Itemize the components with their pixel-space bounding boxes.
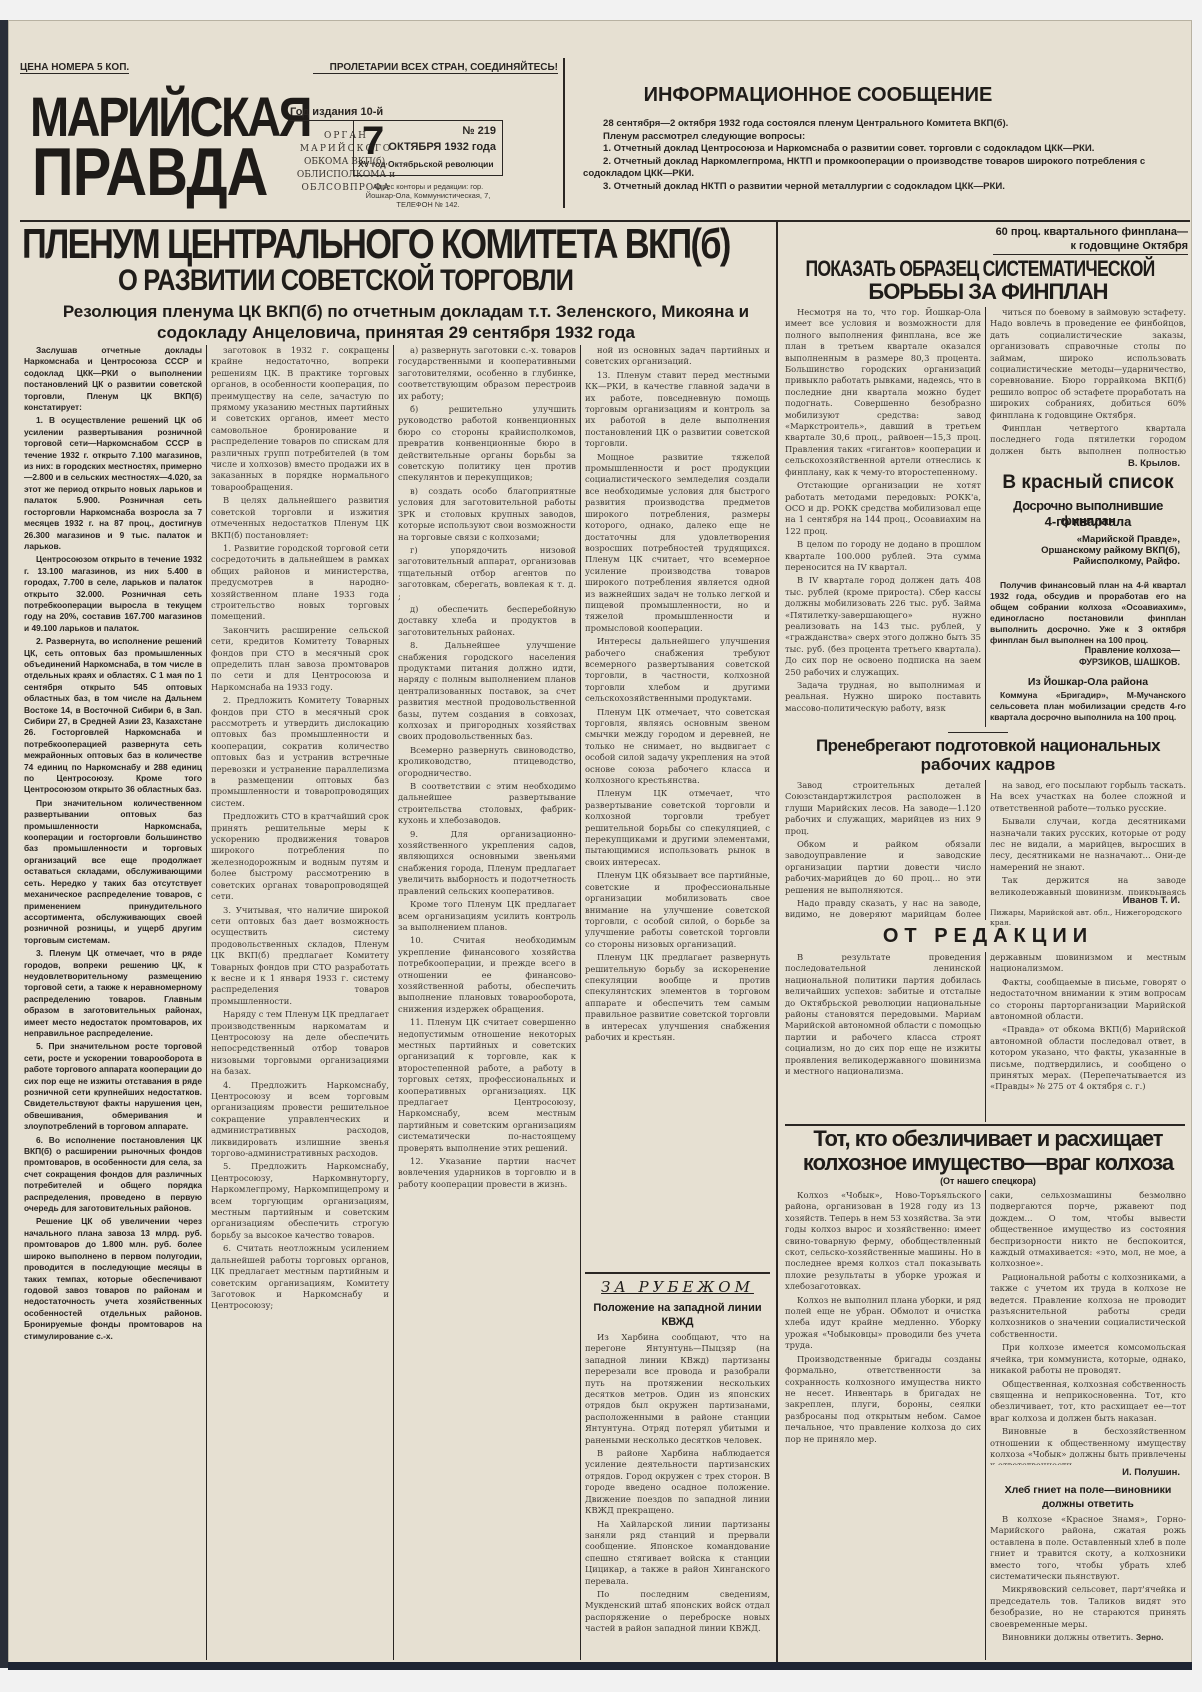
paragraph: 2. Развернута, во исполнение решений ЦК,… <box>24 636 202 796</box>
paragraph: д) обеспечить бесперебойную доставку хле… <box>398 604 576 638</box>
paragraph: Заслушав отчетные доклады Наркомснаба и … <box>24 345 202 413</box>
paragraph: Колхоз «Чобык», Ново-Торъяльского района… <box>785 1190 981 1293</box>
info-message-body: 28 сентября—2 октября 1932 года состоялс… <box>583 118 1163 193</box>
short-rule <box>948 732 1008 733</box>
column-divider <box>985 307 986 727</box>
paragraph: 13. Пленум ставит перед местными КК—РКИ,… <box>585 370 770 450</box>
paragraph: 6. Во исполнение постановления ЦК ВКП(б)… <box>24 1135 202 1215</box>
kolkhoz-signature: И. Полушин. <box>990 1467 1180 1478</box>
kolkhoz-column-1: Колхоз «Чобык», Ново-Торъяльского района… <box>785 1190 981 1660</box>
editorial-column-1: В результате проведения последовательной… <box>785 952 981 1122</box>
column-divider <box>580 345 581 1660</box>
price-label: ЦЕНА НОМЕРА 5 КОП. <box>20 62 129 74</box>
paragraph: Надо правду сказать, у нас на заводе, ви… <box>785 898 981 920</box>
paragraph: Закончить расширение сельской сети, кред… <box>211 625 389 693</box>
paragraph: Интересы дальнейшего улучшения рабочего … <box>585 636 770 704</box>
main-article-column-3: а) развернуть заготовки с.-х. товаров го… <box>398 345 576 1660</box>
paragraph: Факты, сообщаемые в письме, говорят о не… <box>990 977 1186 1023</box>
paragraph: «Правда» от обкома ВКП(б) Марийской авто… <box>990 1024 1186 1092</box>
finplan-kicker-line1: 60 проц. квартального финплана— <box>808 226 1188 238</box>
paragraph: 3. Пленум ЦК отмечает, что в ряде городо… <box>24 948 202 1039</box>
red-list-addressees: «Марийской Правде», Оршанскому райкому В… <box>1020 534 1180 567</box>
paragraph: 4. Предложить Наркомснабу, Центросоюзу и… <box>211 1080 389 1160</box>
scan-edge-bottom <box>8 1662 1192 1670</box>
finplan-headline-line2: БОРЬБЫ ЗА ФИНПЛАН <box>788 279 1188 305</box>
main-article-column-1: Заслушав отчетные доклады Наркомснаба и … <box>24 345 202 1660</box>
paragraph: Предложить СТО в кратчайший срок принять… <box>211 811 389 902</box>
main-deck-line2: содокладу Анцеловича, принятая 29 сентяб… <box>26 323 766 343</box>
info-item: 1. Отчетный доклад Центросоюза и Наркомс… <box>583 143 1163 156</box>
paragraph: б) решительно улучшить руководство работ… <box>398 404 576 484</box>
paragraph: По последним сведениям, Мукденский штаб … <box>585 1589 770 1635</box>
cadres-headline-line1: Пренебрегают подготовкой национальных <box>788 736 1188 756</box>
paragraph: Мощное развитие тяжелой промышленности и… <box>585 452 770 635</box>
paragraph: Производственные бригады созданы формаль… <box>785 1354 981 1445</box>
newspaper-page: ЦЕНА НОМЕРА 5 КОП. ПРОЛЕТАРИИ ВСЕХ СТРАН… <box>8 20 1192 1668</box>
paragraph: Рациональной работы с колхозниками, а та… <box>990 1272 1186 1340</box>
paragraph: Бывали случаи, когда десятниками назнача… <box>990 816 1186 873</box>
red-list-signature-line2: ФУРЗИКОВ, ШАШКОВ. <box>990 657 1180 667</box>
paragraph: державным шовинизмом и местным национали… <box>990 952 1186 975</box>
abroad-rubric: ЗА РУБЕЖОМ <box>585 1278 770 1296</box>
kolkhoz-byline: (От нашего спецкора) <box>788 1176 1188 1186</box>
paragraph: Микрявовский сельсовет, парт'ячейка и пр… <box>990 1584 1186 1630</box>
finplan-column-1: Несмотря на то, что гор. Йошкар-Ола имее… <box>785 307 981 712</box>
kolkhoz-headline-line2: колхозное имущество—враг колхоза <box>788 1150 1188 1176</box>
paragraph: 5. При значительном росте торговой сети,… <box>24 1041 202 1132</box>
closing-text: Виновники должны ответить. <box>1002 1632 1133 1642</box>
paragraph: 9. Для организационно-хозяйственного укр… <box>398 829 576 897</box>
paragraph: 5. Предложить Наркомснабу, Центросоюзу, … <box>211 1161 389 1241</box>
main-subheadline: О РАЗВИТИИ СОВЕТСКОЙ ТОРГОВЛИ <box>118 264 713 298</box>
paragraph: 10. Считая необходимым укрепление финанс… <box>398 935 576 1015</box>
scan-edge-left <box>0 20 8 1668</box>
paragraph: заготовок в 1932 г. сокращены крайне нед… <box>211 345 389 493</box>
info-item: 3. Отчетный доклад НКТП о развитии черно… <box>583 181 1163 194</box>
red-list-signature-line1: Правление колхоза— <box>990 645 1180 655</box>
paragraph: Несмотря на то, что гор. Йошкар-Ола имее… <box>785 307 981 478</box>
paragraph: Обком и райком обязали заводоуправление … <box>785 839 981 896</box>
paragraph: читься по боевому в займовую эстафету. Н… <box>990 307 1186 421</box>
finplan-kicker-line2: к годовщине Октября <box>808 240 1188 252</box>
paragraph: саки, сельхозмашины безмолвно подвергают… <box>990 1190 1186 1270</box>
paragraph: В целях дальнейшего развития советской т… <box>211 495 389 541</box>
paragraph: 8. Дальнейшее улучшение снабжения городс… <box>398 640 576 743</box>
finplan-column-2: читься по боевому в займовую эстафету. Н… <box>990 307 1186 457</box>
paragraph: 2. Предложить Комитету Товарных фондов п… <box>211 695 389 809</box>
paragraph: В соответствии с этим необходимо дальней… <box>398 781 576 827</box>
paragraph: 6. Считать неотложным усилением дальнейш… <box>211 1243 389 1311</box>
paragraph: При значительном количественном разверты… <box>24 798 202 946</box>
paragraph: Пленум ЦК отмечает, что советская торгов… <box>585 707 770 787</box>
paragraph: На Хайларской линии партизаны заняли ряд… <box>585 1519 770 1587</box>
date-box: 7 № 219 ОКТЯБРЯ 1932 года XV год Октябрь… <box>353 120 503 176</box>
info-line: 28 сентября—2 октября 1932 года состоялс… <box>583 118 1163 131</box>
address-line: Йошкар-Ола, Коммунистическая, 7, <box>353 191 503 200</box>
paragraph: В IV квартале город должен дать 408 тыс.… <box>785 575 981 678</box>
abroad-headline-line2: КВЖД <box>585 1316 770 1328</box>
paragraph: Пленум ЦК обязывает все партийные, совет… <box>585 870 770 950</box>
date-day: 7 <box>362 123 384 159</box>
column-divider <box>985 1190 986 1660</box>
slogan: ПРОЛЕТАРИИ ВСЕХ СТРАН, СОЕДИНЯЙТЕСЬ! <box>313 62 558 74</box>
address-line: ТЕЛЕФОН № 142. <box>353 200 503 209</box>
grain-headline-line2: должны ответить <box>990 1498 1186 1510</box>
column-divider <box>393 345 394 1660</box>
info-message-title: ИНФОРМАЦИОННОЕ СООБЩЕНИЕ <box>578 84 1058 107</box>
main-headline: ПЛЕНУМ ЦЕНТРАЛЬНОГО КОМИТЕТА ВКП(б) <box>22 220 760 268</box>
paragraph: При колхозе имеется комсомольская ячейка… <box>990 1342 1186 1376</box>
address-line: Адрес конторы и редакции: гор. <box>353 182 503 191</box>
year-of-publication: Год издания 10-й <box>290 106 402 121</box>
grain-body: В колхозе «Красное Знамя», Горно-Марийск… <box>990 1514 1186 1644</box>
divider <box>563 58 565 208</box>
paragraph: 1. Развитие городской торговой сети соср… <box>211 543 389 623</box>
column-divider <box>985 780 986 920</box>
paragraph: 3. Учитывая, что наличие широкой сети оп… <box>211 905 389 1008</box>
paragraph: 1. В осуществление решений ЦК об усилени… <box>24 415 202 552</box>
revolution-year: XV год Октябрьской революции <box>358 159 494 169</box>
red-list-region-text: Коммуна «Бригадир», М-Мучанского сельсов… <box>990 690 1186 723</box>
editorial-column-2: державным шовинизмом и местным национали… <box>990 952 1186 1122</box>
paragraph: В районе Харбина наблюдается усиление де… <box>585 1448 770 1516</box>
paragraph: г) упорядочить низовой заготовительный а… <box>398 545 576 602</box>
paragraph: В колхозе «Красное Знамя», Горно-Марийск… <box>990 1514 1186 1582</box>
paragraph: в) создать особо благоприятные условия д… <box>398 486 576 543</box>
kolkhoz-headline-line1: Тот, кто обезличивает и расхищает <box>788 1126 1188 1152</box>
cadres-headline-line2: рабочих кадров <box>788 755 1188 775</box>
paragraph: Задача трудная, но выполнимая и реальная… <box>785 680 981 712</box>
paragraph: Пленум ЦК отмечает, что развертывание со… <box>585 788 770 868</box>
masthead-title-line2: ПРАВДА <box>32 142 268 203</box>
paragraph: а) развернуть заготовки с.-х. товаров го… <box>398 345 576 402</box>
grain-signature: Зерно. <box>1136 1632 1164 1642</box>
paragraph: 12. Указание партии насчет вовлечения уд… <box>398 1156 576 1190</box>
kicker-underline <box>993 254 1188 255</box>
address-block: Адрес конторы и редакции: гор. Йошкар-Ол… <box>353 182 503 209</box>
abroad-headline-line1: Положение на западной линии <box>585 1302 770 1314</box>
paragraph: Центросоюзом открыто в течение 1932 г. 1… <box>24 554 202 634</box>
grain-headline-line1: Хлеб гниет на поле—виновники <box>990 1484 1186 1496</box>
paragraph: Наряду с тем Пленум ЦК предлагает произв… <box>211 1009 389 1077</box>
paragraph: Общественная, колхозная собственность св… <box>990 1379 1186 1425</box>
info-item: 2. Отчетный доклад Наркомлегпрома, НКТП … <box>583 156 1163 181</box>
cadres-signature: Иванов Т. И. <box>990 895 1180 906</box>
paragraph: Решение ЦК об увеличении через начальног… <box>24 1216 202 1341</box>
column-divider <box>206 345 207 1660</box>
main-deck-line1: Резолюция пленума ЦК ВКП(б) по отчетным … <box>26 302 786 322</box>
main-article-column-4: ной из основных задач партийных и советс… <box>585 345 770 1245</box>
info-line: Пленум рассмотрел следующие вопросы: <box>583 131 1163 144</box>
section-rule <box>585 1272 770 1274</box>
red-list-text: Получив финансовый план на 4-й квартал 1… <box>990 580 1186 646</box>
paragraph: Отстающие организации не хотят работать … <box>785 480 981 537</box>
column-divider <box>776 222 778 1662</box>
red-list-region-header: Из Йошкар-Ола района <box>990 676 1186 688</box>
kolkhoz-column-2: саки, сельхозмашины безмолвно подвергают… <box>990 1190 1186 1465</box>
paragraph: ной из основных задач партийных и советс… <box>585 345 770 368</box>
finplan-signature: В. Крылов. <box>990 458 1180 469</box>
editorial-headline: ОТ РЕДАКЦИИ <box>788 925 1188 948</box>
paragraph: В результате проведения последовательной… <box>785 952 981 1077</box>
abroad-body: Из Харбина сообщают, что на перегоне Янт… <box>585 1332 770 1662</box>
paragraph: Из Харбина сообщают, что на перегоне Янт… <box>585 1332 770 1446</box>
paragraph: Пленум ЦК предлагает развернуть решитель… <box>585 952 770 1043</box>
paragraph: 11. Пленум ЦК считает совершенно недопус… <box>398 1017 576 1154</box>
date-month-year: ОКТЯБРЯ 1932 года <box>388 141 496 153</box>
main-article-column-2: заготовок в 1932 г. сокращены крайне нед… <box>211 345 389 1660</box>
paragraph: Так держится на заводе великодержавный ш… <box>990 875 1186 895</box>
red-list-headline: В красный список <box>990 472 1186 494</box>
paragraph: В целом по городу не додано в прошлом кв… <box>785 539 981 573</box>
column-divider <box>985 952 986 1122</box>
paragraph: на завод, его посылают горбыль таскать. … <box>990 780 1186 814</box>
issue-number: № 219 <box>462 125 496 137</box>
paragraph: Завод строительных деталей Союзстандартж… <box>785 780 981 837</box>
paragraph: Виновные в бесхозяйственном отношении к … <box>990 1426 1186 1465</box>
red-list-subheadline-line2: 4-го квартала <box>990 514 1186 529</box>
paragraph: Виновники должны ответить. Зерно. <box>990 1632 1186 1643</box>
paragraph: Кроме того Пленум ЦК предлагает всем орг… <box>398 899 576 933</box>
paragraph: Финплан четвертого квартала последнего г… <box>990 423 1186 457</box>
cadres-column-1: Завод строительных деталей Союзстандартж… <box>785 780 981 920</box>
paragraph: Колхоз не выполнил плана уборки, и ряд п… <box>785 1295 981 1352</box>
paragraph: Всемерно развернуть свиноводство, кролик… <box>398 745 576 779</box>
cadres-column-2: на завод, его посылают горбыль таскать. … <box>990 780 1186 895</box>
